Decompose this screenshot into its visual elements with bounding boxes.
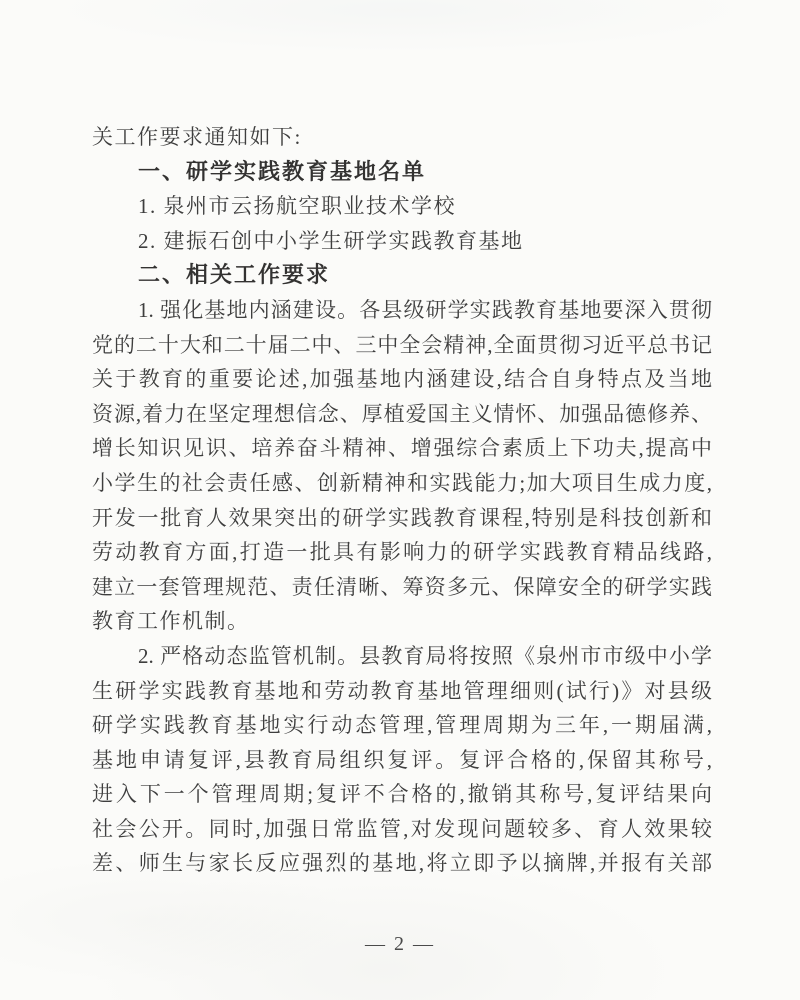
text-line: 研学实践教育基地实行动态管理,管理周期为三年,一期届满,: [92, 708, 712, 743]
text-line: 开发一批育人效果突出的研学实践教育课程,特别是科技创新和: [92, 501, 712, 536]
text-line: 关工作要求通知如下:: [92, 120, 712, 155]
text-line: 1. 泉州市云扬航空职业技术学校: [92, 189, 712, 224]
text-line: 党的二十大和二十届二中、三中全会精神,全面贯彻习近平总书记: [92, 328, 712, 363]
text-line: 2. 严格动态监管机制。县教育局将按照《泉州市市级中小学: [92, 639, 712, 674]
text-line: 基地申请复评,县教育局组织复评。复评合格的,保留其称号,: [92, 743, 712, 778]
heading-line: 一、研学实践教育基地名单: [92, 155, 712, 190]
text-line: 增长知识见识、培养奋斗精神、增强综合素质上下功夫,提高中: [92, 431, 712, 466]
text-line: 劳动教育方面,打造一批具有影响力的研学实践教育精品线路,: [92, 535, 712, 570]
text-line: 2. 建振石创中小学生研学实践教育基地: [92, 224, 712, 259]
text-line: 进入下一个管理周期;复评不合格的,撤销其称号,复评结果向: [92, 777, 712, 812]
heading-line: 二、相关工作要求: [92, 258, 712, 293]
document-body: 关工作要求通知如下:一、研学实践教育基地名单1. 泉州市云扬航空职业技术学校2.…: [92, 120, 712, 881]
text-line: 资源,着力在坚定理想信念、厚植爱国主义情怀、加强品德修养、: [92, 397, 712, 432]
text-line: 小学生的社会责任感、创新精神和实践能力;加大项目生成力度,: [92, 466, 712, 501]
page-number: — 2 —: [0, 933, 800, 956]
text-line: 社会公开。同时,加强日常监管,对发现问题较多、育人效果较: [92, 812, 712, 847]
text-line: 生研学实践教育基地和劳动教育基地管理细则(试行)》对县级: [92, 674, 712, 709]
text-line: 建立一套管理规范、责任清晰、筹资多元、保障安全的研学实践: [92, 570, 712, 605]
text-line: 1. 强化基地内涵建设。各县级研学实践教育基地要深入贯彻: [92, 293, 712, 328]
text-line: 差、师生与家长反应强烈的基地,将立即予以摘牌,并报有关部: [92, 846, 712, 881]
scanned-document-page: 关工作要求通知如下:一、研学实践教育基地名单1. 泉州市云扬航空职业技术学校2.…: [0, 0, 800, 1000]
text-line: 关于教育的重要论述,加强基地内涵建设,结合自身特点及当地: [92, 362, 712, 397]
text-line: 教育工作机制。: [92, 604, 712, 639]
